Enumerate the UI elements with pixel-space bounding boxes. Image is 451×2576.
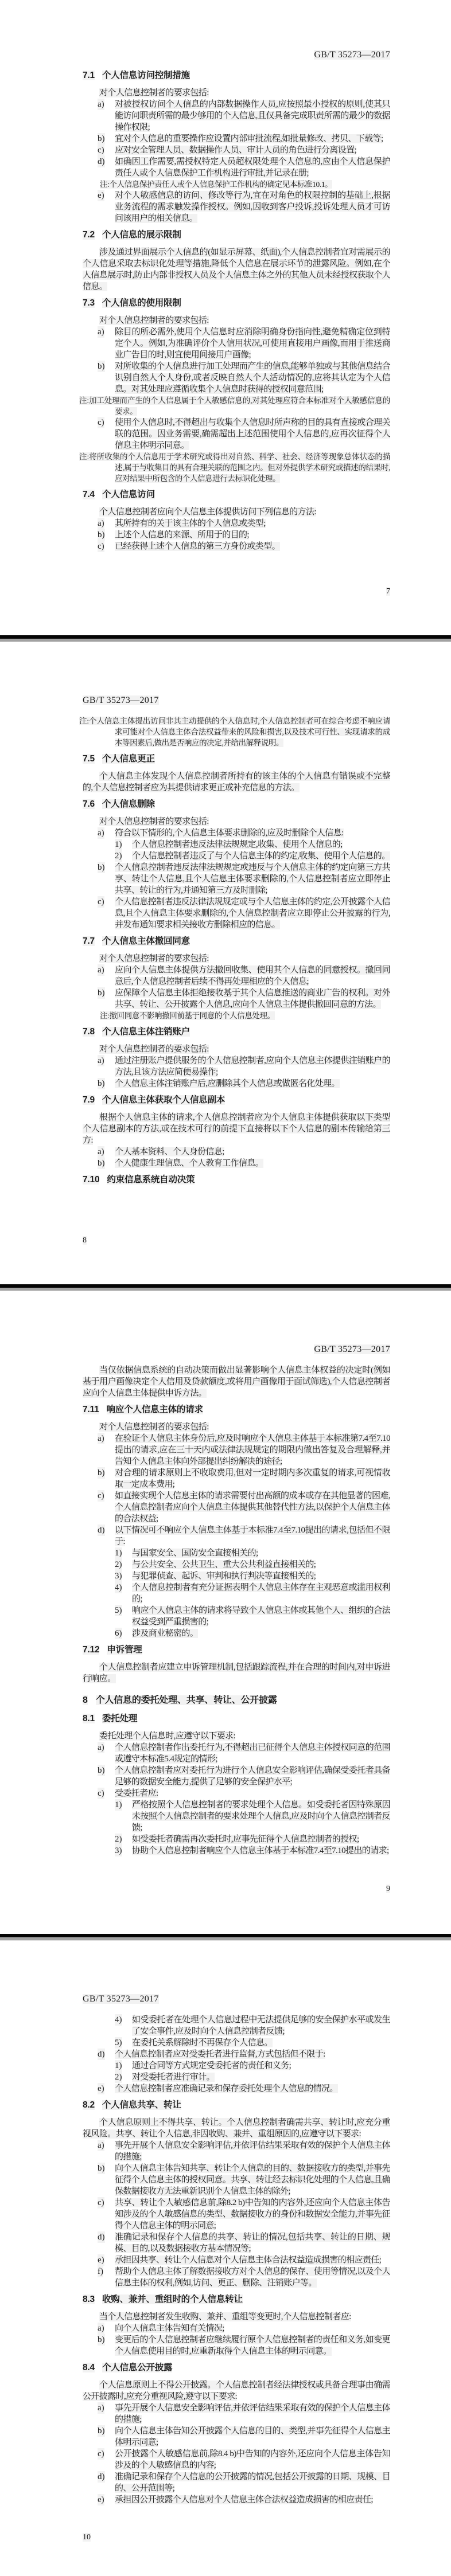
item-text: 事先开展个人信息安全影响评估,并依评估结果采取有效的保护个人信息主体的措施; bbox=[115, 2141, 390, 2161]
list-item-a: a)应向个人信息主体提供方法撤回收集、使用其个人信息的同意授权。撤回同意后,个人… bbox=[115, 964, 390, 987]
item-label: b) bbox=[98, 2163, 105, 2174]
list-item-b: b)应保障个人信息主体拒绝接收基于其个人信息推送的商业广告的权利。对外共享、转让… bbox=[115, 987, 390, 1010]
heading-number: 8.1 bbox=[83, 1714, 95, 1723]
list-item-c: c)使用个人信息时,不得超出与收集个人信息时所声称的目的具有直接或合理关联的范围… bbox=[115, 417, 390, 451]
standard-code: GB/T 35273—2017 bbox=[83, 1994, 159, 2004]
section-heading-7.2: 7.2个人信息的展示限制 bbox=[83, 229, 390, 241]
heading-title: 个人信息更正 bbox=[102, 754, 155, 764]
item-text: 以下情况可不响应个人信息主体基于本标准7.4至7.10提出的请求,包括但不限于: bbox=[115, 1526, 390, 1546]
paragraph-text: 当仅依据信息系统的自动决策而做出显著影响个人信息主体权益的决定时(例如基于用户画… bbox=[83, 1366, 390, 1398]
item-label: 6) bbox=[115, 1628, 122, 1639]
heading-number: 7.3 bbox=[83, 298, 95, 308]
item-text: 已经获得上述个人信息的第三方身份或类型。 bbox=[115, 542, 280, 551]
note-text: 注:个人信息主体提出访问非其主动提供的个人信息时,个人信息控制者可在综合考虑不响… bbox=[79, 717, 390, 747]
item-label: 5) bbox=[115, 1605, 122, 1616]
heading-number: 7.11 bbox=[83, 1405, 99, 1414]
note-text: 注:撤回同意不影响撤回前基于同意的个人信息处理。 bbox=[100, 1011, 275, 1020]
list-item-c: c)应对安全管理人员、数据操作人员、审计人员的角色进行分离设置; bbox=[115, 144, 390, 156]
list-item-1: 1)与国家安全、国防安全直接相关的; bbox=[132, 1547, 390, 1559]
item-text: 变更后的个人信息控制者应继续履行原个人信息控制者的责任和义务,如变更个人信息使用… bbox=[115, 2335, 390, 2356]
heading-number: 7.9 bbox=[83, 1095, 95, 1105]
list-item-b: b)对合理的请求原则上不收取费用,但对一定时期内多次重复的请求,可视情收取一定成… bbox=[115, 1467, 390, 1490]
list-item-b: b)个人健康生理信息、个人教育工作信息。 bbox=[115, 1158, 390, 1169]
heading-title: 个人信息的委托处理、共享、转让、公开披露 bbox=[96, 1695, 277, 1705]
paragraph: 个人信息原则上不得公开披露。个人信息控制者经法律授权或具备合理事由确需公开披露时… bbox=[83, 2379, 390, 2402]
list-item-2: 2)如受委托者确需再次委托时,应事先征得个人信息控制者的授权; bbox=[132, 1834, 390, 1845]
item-text: 协助个人信息控制者响应个人信息主体基于本标准7.4至7.10提出的请求; bbox=[132, 1846, 389, 1855]
heading-number: 7.5 bbox=[83, 754, 95, 764]
paragraph-text: 根据个人信息主体的请求,个人信息控制者应为个人信息主体提供获取以下类型个人信息副… bbox=[83, 1113, 390, 1145]
note-text: 注:个人信息保护责任人或个人信息保护工作机构的确定见本标准10.1。 bbox=[100, 180, 332, 189]
item-text: 其所持有的关于该主体的个人信息或类型; bbox=[115, 519, 266, 528]
item-text: 准确记录和保存个人信息的共享、转让的情况,包括共享、转让的日期、规模、目的,以及… bbox=[115, 2233, 390, 2253]
item-label: b) bbox=[98, 1467, 105, 1479]
list-item-d: d)准确记录和保存个人信息的共享、转让的情况,包括共享、转让的日期、规模、目的,… bbox=[115, 2231, 390, 2254]
item-text: 如受委托者确需再次委托时,应事先征得个人信息控制者的授权; bbox=[132, 1835, 359, 1844]
page-9: GB/T 35273—2017当仅依据信息系统的自动决策而做出显著影响个人信息主… bbox=[0, 1291, 451, 1934]
item-text: 个人信息主体注销账户后,应删除其个人信息或做匿名化处理。 bbox=[115, 1079, 340, 1088]
item-text: 如直接实现个人信息主体的请求需要付出高额的成本或存在其他显著的困难,个人信息控制… bbox=[115, 1491, 390, 1523]
list-item-1: 1)个人信息控制者违反法律法规规定,收集、使用个人信息的; bbox=[132, 839, 390, 850]
item-label: a) bbox=[98, 1146, 104, 1158]
item-text: 受委托者应: bbox=[115, 1789, 158, 1798]
section-heading-8.4: 8.4个人信息公开披露 bbox=[83, 2362, 390, 2374]
item-text: 严格按照个人信息控制者的要求处理个人信息。如受委托者因特殊原因未按照个人信息控制… bbox=[132, 1800, 390, 1832]
note: 注:撤回同意不影响撤回前基于同意的个人信息处理。 bbox=[100, 1010, 390, 1021]
item-label: b) bbox=[98, 361, 105, 372]
list-item-1: 1)通过合同等方式规定受委托者的责任和义务; bbox=[132, 2060, 390, 2071]
page-10: GB/T 35273—20174)如受委托者在处理个人信息过程中无法提供足够的安… bbox=[0, 1941, 451, 2576]
item-label: b) bbox=[98, 987, 105, 999]
item-text: 个人信息控制者应对受委托者进行监督,方式包括但不限于: bbox=[115, 2050, 325, 2059]
paragraph: 个人信息控制者应建立申诉管理机制,包括跟踪流程,并在合理的时间内,对申诉进行响应… bbox=[83, 1662, 390, 1684]
item-label: e) bbox=[98, 2254, 104, 2266]
item-text: 与国家安全、国防安全直接相关的; bbox=[132, 1549, 258, 1558]
list-item-b: b)向个人信息主体告知公开披露个人信息的目的、类型,并事先征得个人信息主体明示同… bbox=[115, 2425, 390, 2448]
paragraph-text: 个人信息控制者应建立申诉管理机制,包括跟踪流程,并在合理的时间内,对申诉进行响应… bbox=[83, 1663, 390, 1683]
item-text: 帮助个人信息主体了解数据接收方对个人信息的保存、使用等情况,以及个人信息主体的权… bbox=[115, 2267, 390, 2288]
item-label: a) bbox=[98, 1055, 104, 1066]
heading-number: 8.4 bbox=[83, 2363, 95, 2372]
list-item-a: a)除目的所必需外,使用个人信息时应消除明确身份指向性,避免精确定位到特定个人。… bbox=[115, 326, 390, 361]
page-number-text: 10 bbox=[83, 2533, 91, 2542]
list-item-b: b)向个人信息主体告知共享、转让个人信息的目的、数据接收方的类型,并事先征得个人… bbox=[115, 2163, 390, 2197]
section-heading-7.6: 7.6个人信息删除 bbox=[83, 799, 390, 810]
list-item-b: b)宜对个人信息的重要操作应设置内部审批流程,如批量修改、拷贝、下载等; bbox=[115, 133, 390, 144]
item-text: 共享、转让个人敏感信息前,除8.2 b)中告知的内容外,还应向个人信息主体告知涉… bbox=[115, 2198, 390, 2230]
item-label: 2) bbox=[115, 1559, 122, 1570]
item-text: 对被授权访问个人信息的内部数据操作人员,应按照最小授权的原则,使其只能访问职责所… bbox=[115, 100, 390, 132]
item-label: 1) bbox=[115, 1547, 122, 1559]
item-label: b) bbox=[98, 133, 105, 144]
item-label: e) bbox=[98, 2494, 104, 2505]
paragraph: 涉及通过界面展示个人信息的(如显示屏幕、纸面),个人信息控制者宜对需展示的个人信… bbox=[83, 247, 390, 292]
list-item-a: a)在验证个人信息主体身份后,应及时响应个人信息主体基于本标准第7.4至7.10… bbox=[115, 1433, 390, 1467]
item-text: 通过合同等方式规定受委托者的责任和义务; bbox=[132, 2061, 291, 2070]
item-label: c) bbox=[98, 1490, 104, 1502]
page-8: GB/T 35273—2017注:个人信息主体提出访问非其主动提供的个人信息时,… bbox=[0, 642, 451, 1284]
item-text: 在委托关系解除时不再保存个人信息。 bbox=[132, 2038, 273, 2047]
item-text: 与公共安全、公共卫生、重大公共利益直接相关的; bbox=[132, 1560, 316, 1569]
paragraph-text: 个人信息原则上不得共享、转让。个人信息控制者确需共享、转让时,应充分重视风险。共… bbox=[83, 2118, 390, 2139]
list-item-a: a)向个人信息主体告知有关情况; bbox=[115, 2323, 390, 2334]
item-text: 对个人敏感信息的访问、修改等行为,宜在对角色的权限控制的基础上,根据业务流程的需… bbox=[115, 191, 390, 223]
paragraph: 个人信息主体发现个人信息控制者所持有的该主体的个人信息有错误或不完整的,个人信息… bbox=[83, 771, 390, 793]
section-heading-8.1: 8.1委托处理 bbox=[83, 1713, 390, 1725]
page-number-text: 9 bbox=[386, 1885, 390, 1893]
item-label: b) bbox=[98, 529, 105, 541]
section-heading-7.4: 7.4个人信息访问 bbox=[83, 489, 390, 501]
item-label: 4) bbox=[115, 2014, 122, 2026]
list-item-b: b)个人信息主体注销账户后,应删除其个人信息或做匿名化处理。 bbox=[115, 1078, 390, 1089]
note: 注:个人信息保护责任人或个人信息保护工作机构的确定见本标准10.1。 bbox=[100, 179, 390, 190]
item-label: c) bbox=[98, 541, 104, 552]
paragraph: 个人信息原则上不得共享、转让。个人信息控制者确需共享、转让时,应充分重视风险。共… bbox=[83, 2117, 390, 2140]
item-text: 准确记录和保存个人信息的公开披露的情况,包括公开披露的日期、规模、目的、公开范围… bbox=[115, 2472, 390, 2493]
item-label: c) bbox=[98, 1788, 104, 1799]
item-label: d) bbox=[98, 2231, 105, 2243]
running-header: GB/T 35273—2017 bbox=[83, 695, 390, 706]
item-label: 3) bbox=[115, 1570, 122, 1582]
paragraph-text: 个人信息控制者应向个人信息主体提供访问下列信息的方法: bbox=[99, 507, 316, 517]
item-label: 1) bbox=[115, 839, 122, 850]
heading-number: 8.3 bbox=[83, 2294, 95, 2304]
list-item-d: d)准确记录和保存个人信息的公开披露的情况,包括公开披露的日期、规模、目的、公开… bbox=[115, 2471, 390, 2494]
item-label: 1) bbox=[115, 1799, 122, 1811]
list-item-d: d)个人信息控制者应对受委托者进行监督,方式包括但不限于: bbox=[115, 2049, 390, 2060]
paragraph: 对个人信息控制者的要求包括: bbox=[83, 1421, 390, 1433]
item-label: a) bbox=[98, 1742, 104, 1753]
paragraph-text: 个人信息主体发现个人信息控制者所持有的该主体的个人信息有错误或不完整的,个人信息… bbox=[83, 772, 390, 792]
list-item-f: f)帮助个人信息主体了解数据接收方对个人信息的保存、使用等情况,以及个人信息主体… bbox=[115, 2266, 390, 2289]
list-item-3: 3)协助个人信息控制者响应个人信息主体基于本标准7.4至7.10提出的请求; bbox=[132, 1845, 390, 1856]
heading-title: 收购、兼并、重组时的个人信息转让 bbox=[102, 2294, 243, 2304]
item-text: 对受委托者进行审计。 bbox=[132, 2073, 215, 2082]
item-text: 涉及商业秘密的。 bbox=[132, 1629, 198, 1638]
heading-number: 7.10 bbox=[83, 1175, 99, 1185]
paragraph: 对个人信息控制者的要求包括: bbox=[83, 953, 390, 964]
item-label: b) bbox=[98, 2334, 105, 2346]
section-heading-7.7: 7.7个人信息主体撤回同意 bbox=[83, 936, 390, 947]
paragraph: 对个人信息控制者的要求包括: bbox=[83, 1043, 390, 1055]
item-text: 向个人信息主体告知公开披露个人信息的目的、类型,并事先征得个人信息主体明示同意; bbox=[115, 2426, 390, 2447]
list-item-6: 6)涉及商业秘密的。 bbox=[132, 1628, 390, 1639]
document: GB/T 35273—20177.1个人信息访问控制措施对个人信息控制者的要求包… bbox=[0, 0, 451, 2576]
paragraph-text: 涉及通过界面展示个人信息的(如显示屏幕、纸面),个人信息控制者宜对需展示的个人信… bbox=[83, 248, 390, 291]
item-text: 个人信息控制者违反法律法规规定或违反与个人信息主体的约定向第三方共享、转让个人信… bbox=[115, 863, 390, 895]
item-text: 符合以下情形的,个人信息主体要求删除的,应及时删除个人信息: bbox=[115, 828, 344, 838]
item-text: 对合理的请求原则上不收取费用,但对一定时期内多次重复的请求,可视情收取一定成本费… bbox=[115, 1468, 390, 1489]
heading-number: 7.1 bbox=[83, 71, 95, 80]
item-label: a) bbox=[98, 1433, 104, 1444]
item-text: 上述个人信息的来源、所用于的目的; bbox=[115, 530, 249, 540]
list-item-4: 4)如受委托者在处理个人信息过程中无法提供足够的安全保护水平或发生了安全事件,应… bbox=[132, 2014, 390, 2037]
item-label: a) bbox=[98, 2323, 104, 2334]
list-item-c: c)如直接实现个人信息主体的请求需要付出高额的成本或存在其他显著的困难,个人信息… bbox=[115, 1490, 390, 1525]
item-label: e) bbox=[98, 2083, 104, 2094]
section-heading-7.11: 7.11响应个人信息主体的请求 bbox=[83, 1404, 390, 1416]
page-number: 8 bbox=[83, 1236, 87, 1246]
item-label: a) bbox=[98, 326, 104, 338]
list-item-a: a)通过注册账户提供服务的个人信息控制者,应向个人信息主体提供注销账户的方法,且… bbox=[115, 1055, 390, 1078]
item-label: 5) bbox=[115, 2037, 122, 2049]
item-label: 4) bbox=[115, 1582, 122, 1593]
item-label: b) bbox=[98, 862, 105, 873]
item-label: 3) bbox=[115, 1845, 122, 1856]
list-item-c: c)公开披露个人敏感信息前,除8.4 b)中告知的内容外,还应向个人信息主体告知… bbox=[115, 2448, 390, 2471]
page-separator bbox=[0, 1284, 451, 1291]
list-item-a: a)个人信息控制者作出委托行为,不得超出已征得个人信息主体授权同意的范围或遵守本… bbox=[115, 1742, 390, 1765]
list-item-5: 5)在委托关系解除时不再保存个人信息。 bbox=[132, 2037, 390, 2049]
item-text: 向个人信息主体告知共享、转让个人信息的目的、数据接收方的类型,并事先征得个人信息… bbox=[115, 2164, 390, 2196]
page-7: GB/T 35273—20177.1个人信息访问控制措施对个人信息控制者的要求包… bbox=[0, 0, 451, 635]
paragraph-text: 对个人信息控制者的要求包括: bbox=[99, 1422, 209, 1432]
item-text: 对所收集的个人信息进行加工处理而产生的信息,能够单独或与其他信息结合识别自然人个… bbox=[115, 362, 390, 394]
paragraph-text: 对个人信息控制者的要求包括: bbox=[99, 954, 209, 963]
item-text: 向个人信息主体告知有关情况; bbox=[115, 2324, 224, 2333]
list-item-a: a)符合以下情形的,个人信息主体要求删除的,应及时删除个人信息: bbox=[115, 827, 390, 839]
page-number: 9 bbox=[386, 1884, 390, 1894]
item-label: d) bbox=[98, 156, 105, 167]
heading-number: 8.2 bbox=[83, 2100, 95, 2110]
note-text: 注:加工处理而产生的个人信息属于个人敏感信息的,对其处理应符合本标准对个人敏感信… bbox=[79, 396, 390, 416]
paragraph-text: 个人信息原则上不得公开披露。个人信息控制者经法律授权或具备合理事由确需公开披露时… bbox=[83, 2380, 390, 2401]
heading-number: 7.6 bbox=[83, 799, 95, 809]
list-item-b: b)变更后的个人信息控制者应继续履行原个人信息控制者的责任和义务,如变更个人信息… bbox=[115, 2334, 390, 2357]
section-heading-7.3: 7.3个人信息的使用限制 bbox=[83, 298, 390, 309]
item-label: a) bbox=[98, 827, 104, 839]
item-text: 个人基本资料、个人身份信息; bbox=[115, 1147, 224, 1156]
item-label: c) bbox=[98, 417, 104, 428]
heading-number: 7.4 bbox=[83, 490, 95, 499]
item-label: d) bbox=[98, 1525, 105, 1536]
item-text: 承担因公开披露个人信息对个人信息主体合法权益造成损害的相应责任; bbox=[115, 2495, 373, 2504]
heading-title: 个人信息主体撤回同意 bbox=[102, 936, 190, 946]
list-item-a: a)其所持有的关于该主体的个人信息或类型; bbox=[115, 518, 390, 529]
page-separator bbox=[0, 635, 451, 642]
paragraph-text: 当个人信息控制者发生收购、兼并、重组等变更时,个人信息控制者应: bbox=[99, 2312, 351, 2321]
item-text: 如受委托者在处理个人信息过程中无法提供足够的安全保护水平或发生了安全事件,应及时… bbox=[132, 2015, 390, 2036]
item-text: 与犯罪侦查、起诉、审判和执行判决等直接相关的; bbox=[132, 1572, 316, 1581]
item-text: 个人信息控制者违反法律法规规定或与个人信息主体的约定,公开披露个人信息,且个人信… bbox=[115, 897, 390, 929]
heading-title: 个人信息访问控制措施 bbox=[102, 71, 190, 80]
item-text: 应向个人信息主体提供方法撤回收集、使用其个人信息的同意授权。撤回同意后,个人信息… bbox=[115, 965, 390, 986]
item-label: a) bbox=[98, 2140, 104, 2151]
list-item-a: a)事先开展个人信息安全影响评估,并依评估结果采取有效的保护个人信息主体的措施; bbox=[115, 2402, 390, 2425]
heading-number: 7.7 bbox=[83, 936, 95, 946]
item-label: c) bbox=[98, 2197, 104, 2208]
paragraph: 当个人信息控制者发生收购、兼并、重组等变更时,个人信息控制者应: bbox=[83, 2311, 390, 2323]
page-number-text: 8 bbox=[83, 1236, 87, 1245]
item-text: 承担因共享、转让个人信息对个人信息主体合法权益造成损害的相应责任; bbox=[115, 2256, 381, 2265]
page-number: 10 bbox=[83, 2532, 91, 2543]
item-text: 个人信息控制者作出委托行为,不得超出已征得个人信息主体授权同意的范围或遵守本标准… bbox=[115, 1743, 390, 1764]
item-label: b) bbox=[98, 2425, 105, 2437]
heading-title: 申诉管理 bbox=[107, 1645, 142, 1655]
item-text: 通过注册账户提供服务的个人信息控制者,应向个人信息主体提供注销账户的方法,且该方… bbox=[115, 1056, 390, 1077]
item-label: b) bbox=[98, 1765, 105, 1776]
item-label: b) bbox=[98, 1158, 105, 1169]
list-item-2: 2)个人信息控制者违反了与个人信息主体的约定,收集、使用个人信息的。 bbox=[132, 850, 390, 862]
heading-number: 7.8 bbox=[83, 1027, 95, 1037]
running-header: GB/T 35273—2017 bbox=[83, 1993, 390, 2005]
note: 注:加工处理而产生的个人信息属于个人敏感信息的,对其处理应符合本标准对个人敏感信… bbox=[83, 395, 390, 417]
item-text: 在验证个人信息主体身份后,应及时响应个人信息主体基于本标准第7.4至7.10提出… bbox=[115, 1434, 390, 1466]
standard-code: GB/T 35273—2017 bbox=[314, 1344, 390, 1354]
paragraph-text: 对个人信息控制者的要求包括: bbox=[99, 316, 209, 325]
item-text: 宜对个人信息的重要操作应设置内部审批流程,如批量修改、拷贝、下载等; bbox=[115, 134, 383, 143]
section-heading-7.8: 7.8个人信息主体注销账户 bbox=[83, 1026, 390, 1038]
paragraph: 对个人信息控制者的要求包括: bbox=[83, 315, 390, 326]
list-item-1: 1)严格按照个人信息控制者的要求处理个人信息。如受委托者因特殊原因未按照个人信息… bbox=[132, 1799, 390, 1834]
note: 注:个人信息主体提出访问非其主动提供的个人信息时,个人信息控制者可在综合考虑不响… bbox=[83, 716, 390, 748]
item-text: 公开披露个人敏感信息前,除8.4 b)中告知的内容外,还应向个人信息主体告知涉及… bbox=[115, 2449, 390, 2470]
heading-number: 8 bbox=[83, 1695, 88, 1705]
section-heading-7.1: 7.1个人信息访问控制措施 bbox=[83, 70, 390, 81]
heading-title: 个人信息的展示限制 bbox=[102, 230, 181, 240]
list-item-a: a)对被授权访问个人信息的内部数据操作人员,应按照最小授权的原则,使其只能访问职… bbox=[115, 99, 390, 133]
section-heading-8.3: 8.3收购、兼并、重组时的个人信息转让 bbox=[83, 2294, 390, 2305]
item-text: 个人信息控制者应对委托行为进行个人信息安全影响评估,确保受委托者具备足够的数据安… bbox=[115, 1766, 390, 1787]
item-label: 2) bbox=[115, 850, 122, 862]
paragraph: 当仅依据信息系统的自动决策而做出显著影响个人信息主体权益的决定时(例如基于用户画… bbox=[83, 1365, 390, 1399]
item-text: 除目的所必需外,使用个人信息时应消除明确身份指向性,避免精确定位到特定个人。例如… bbox=[115, 327, 390, 359]
heading-number: 7.2 bbox=[83, 230, 95, 240]
list-item-b: b)个人信息控制者违反法律法规规定或违反与个人信息主体的约定向第三方共享、转让个… bbox=[115, 862, 390, 896]
list-item-e: e)个人信息控制者应准确记录和保存委托处理个人信息的情况。 bbox=[115, 2083, 390, 2094]
item-text: 响应个人信息主体的请求将导致个人信息主体或其他个人、组织的合法权益受到严重损害的… bbox=[132, 1606, 390, 1627]
paragraph: 委托处理个人信息时,应遵守以下要求: bbox=[83, 1730, 390, 1742]
heading-title: 响应个人信息主体的请求 bbox=[107, 1405, 203, 1414]
paragraph-text: 对个人信息控制者的要求包括: bbox=[99, 88, 209, 97]
list-item-b: b)上述个人信息的来源、所用于的目的; bbox=[115, 529, 390, 541]
item-label: c) bbox=[98, 2448, 104, 2460]
item-text: 个人健康生理信息、个人教育工作信息。 bbox=[115, 1159, 263, 1168]
list-item-a: a)个人基本资料、个人身份信息; bbox=[115, 1146, 390, 1158]
list-item-d: d)以下情况可不响应个人信息主体基于本标准7.4至7.10提出的请求,包括但不限… bbox=[115, 1525, 390, 1547]
heading-title: 个人信息删除 bbox=[102, 799, 155, 809]
running-header: GB/T 35273—2017 bbox=[83, 1344, 390, 1355]
item-label: 1) bbox=[115, 2060, 122, 2071]
item-label: d) bbox=[98, 2471, 105, 2483]
item-label: a) bbox=[98, 2402, 104, 2414]
standard-code: GB/T 35273—2017 bbox=[314, 50, 390, 60]
list-item-5: 5)响应个人信息主体的请求将导致个人信息主体或其他个人、组织的合法权益受到严重损… bbox=[132, 1605, 390, 1628]
list-item-4: 4)个人信息控制者有充分证据表明个人信息主体存在主观恶意或滥用权利的; bbox=[132, 1582, 390, 1605]
paragraph: 对个人信息控制者的要求包括: bbox=[83, 87, 390, 99]
item-text: 事先开展个人信息安全影响评估,并依评估结果采取有效的保护个人信息主体的措施; bbox=[115, 2403, 390, 2424]
item-label: 2) bbox=[115, 1834, 122, 1845]
item-label: d) bbox=[98, 2049, 105, 2060]
heading-title: 个人信息共享、转让 bbox=[102, 2100, 181, 2110]
item-text: 使用个人信息时,不得超出与收集个人信息时所声称的目的具有直接或合理关联的范围。因… bbox=[115, 418, 390, 450]
heading-title: 个人信息的使用限制 bbox=[102, 298, 181, 308]
item-text: 个人信息控制者违反法律法规规定,收集、使用个人信息的; bbox=[132, 840, 343, 849]
item-label: e) bbox=[98, 190, 104, 201]
item-text: 个人信息控制者有充分证据表明个人信息主体存在主观恶意或滥用权利的; bbox=[132, 1583, 390, 1604]
item-label: a) bbox=[98, 99, 104, 110]
item-text: 如确因工作需要,需授权特定人员超权限处理个人信息的,应由个人信息保护责任人或个人… bbox=[115, 157, 390, 178]
note-text: 注:将所收集的个人信息用于学术研究或得出对自然、科学、社会、经济等现象总体状态的… bbox=[79, 452, 390, 483]
page-number-text: 7 bbox=[386, 587, 390, 596]
heading-title: 委托处理 bbox=[102, 1714, 137, 1723]
list-item-c: c)受委托者应: bbox=[115, 1788, 390, 1799]
item-text: 个人信息控制者违反了与个人信息主体的约定,收集、使用个人信息的。 bbox=[132, 851, 390, 861]
paragraph: 根据个人信息主体的请求,个人信息控制者应为个人信息主体提供获取以下类型个人信息副… bbox=[83, 1112, 390, 1146]
item-label: a) bbox=[98, 964, 104, 976]
heading-title: 个人信息主体注销账户 bbox=[102, 1027, 190, 1037]
paragraph-text: 对个人信息控制者的要求包括: bbox=[99, 1045, 209, 1054]
item-label: 2) bbox=[115, 2071, 122, 2083]
section-heading-7.5: 7.5个人信息更正 bbox=[83, 753, 390, 765]
paragraph-text: 对个人信息控制者的要求包括: bbox=[99, 817, 209, 826]
section-heading-8.2: 8.2个人信息共享、转让 bbox=[83, 2100, 390, 2111]
item-text: 应保障个人信息主体拒绝接收基于其个人信息推送的商业广告的权利。对外共享、转让、公… bbox=[115, 988, 390, 1009]
list-item-b: b)对所收集的个人信息进行加工处理而产生的信息,能够单独或与其他信息结合识别自然… bbox=[115, 361, 390, 395]
heading-number: 7.12 bbox=[83, 1645, 99, 1655]
item-label: f) bbox=[98, 2266, 103, 2277]
list-item-c: c)已经获得上述个人信息的第三方身份或类型。 bbox=[115, 541, 390, 552]
paragraph-text: 委托处理个人信息时,应遵守以下要求: bbox=[99, 1731, 235, 1741]
item-text: 个人信息控制者应准确记录和保存委托处理个人信息的情况。 bbox=[115, 2084, 338, 2093]
item-label: c) bbox=[98, 896, 104, 908]
section-heading-7.12: 7.12申诉管理 bbox=[83, 1644, 390, 1656]
list-item-d: d)如确因工作需要,需授权特定人员超权限处理个人信息的,应由个人信息保护责任人或… bbox=[115, 156, 390, 179]
page-separator bbox=[0, 1934, 451, 1941]
note: 注:将所收集的个人信息用于学术研究或得出对自然、科学、社会、经济等现象总体状态的… bbox=[83, 451, 390, 484]
item-label: b) bbox=[98, 1078, 105, 1089]
item-label: c) bbox=[98, 144, 104, 156]
heading-title: 个人信息访问 bbox=[102, 490, 155, 499]
list-item-3: 3)与犯罪侦查、起诉、审判和执行判决等直接相关的; bbox=[132, 1570, 390, 1582]
page-number: 7 bbox=[386, 587, 390, 597]
list-item-c: c)共享、转让个人敏感信息前,除8.2 b)中告知的内容外,还应向个人信息主体告… bbox=[115, 2197, 390, 2231]
list-item-b: b)个人信息控制者应对委托行为进行个人信息安全影响评估,确保受委托者具备足够的数… bbox=[115, 1765, 390, 1788]
paragraph: 对个人信息控制者的要求包括: bbox=[83, 816, 390, 827]
heading-title: 个人信息公开披露 bbox=[102, 2363, 172, 2372]
section-heading-7.9: 7.9个人信息主体获取个人信息副本 bbox=[83, 1094, 390, 1106]
list-item-e: e)承担因共享、转让个人信息对个人信息主体合法权益造成损害的相应责任; bbox=[115, 2254, 390, 2266]
item-text: 应对安全管理人员、数据操作人员、审计人员的角色进行分离设置; bbox=[115, 146, 356, 155]
paragraph: 个人信息控制者应向个人信息主体提供访问下列信息的方法: bbox=[83, 506, 390, 518]
list-item-a: a)事先开展个人信息安全影响评估,并依评估结果采取有效的保护个人信息主体的措施; bbox=[115, 2140, 390, 2163]
list-item-2: 2)与公共安全、公共卫生、重大公共利益直接相关的; bbox=[132, 1559, 390, 1570]
list-item-2: 2)对受委托者进行审计。 bbox=[132, 2071, 390, 2083]
list-item-c: c)个人信息控制者违反法律法规规定或与个人信息主体的约定,公开披露个人信息,且个… bbox=[115, 896, 390, 931]
heading-title: 个人信息主体获取个人信息副本 bbox=[102, 1095, 225, 1105]
standard-code: GB/T 35273—2017 bbox=[83, 695, 159, 705]
item-label: a) bbox=[98, 518, 104, 529]
list-item-e: e)对个人敏感信息的访问、修改等行为,宜在对角色的权限控制的基础上,根据业务流程… bbox=[115, 190, 390, 224]
section-heading-8: 8个人信息的委托处理、共享、转让、公开披露 bbox=[83, 1695, 390, 1706]
list-item-e: e)承担因公开披露个人信息对个人信息主体合法权益造成损害的相应责任; bbox=[115, 2494, 390, 2505]
heading-title: 约束信息系统自动决策 bbox=[107, 1175, 195, 1185]
running-header: GB/T 35273—2017 bbox=[83, 49, 390, 61]
section-heading-7.10: 7.10约束信息系统自动决策 bbox=[83, 1174, 390, 1186]
